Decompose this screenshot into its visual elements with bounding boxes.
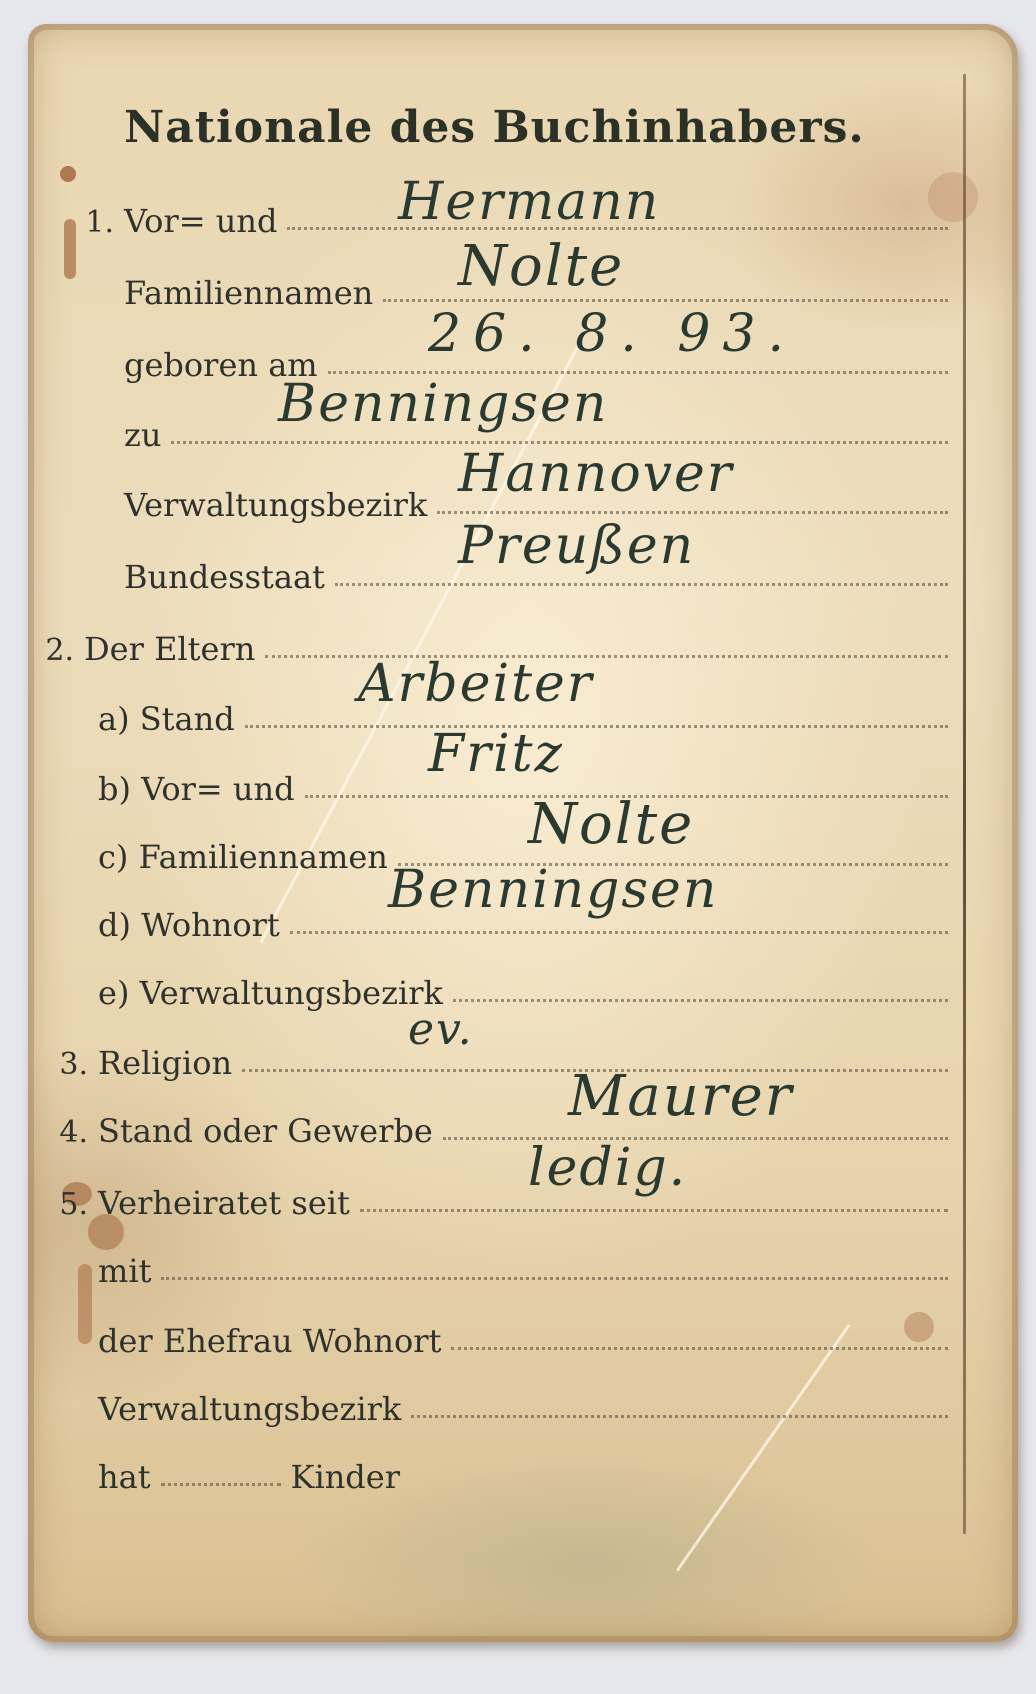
dotted-line — [411, 1415, 948, 1418]
handwritten-first-name: Hermann — [398, 172, 660, 232]
page-edge-fold — [963, 74, 966, 1534]
field-religion: 3. Religion — [42, 1044, 948, 1082]
field-label: Bundesstaat — [124, 558, 325, 596]
field-label: c) Familiennamen — [98, 838, 388, 876]
dotted-line — [453, 999, 948, 1002]
handwritten-district: Hannover — [458, 444, 734, 504]
field-label: Vor= und — [124, 202, 277, 240]
handwritten-birth-date: 26. 8. 93. — [428, 304, 796, 364]
dotted-line — [451, 1347, 948, 1350]
field-children: hat Kinder — [98, 1458, 458, 1496]
field-number: 4. — [42, 1115, 88, 1150]
dotted-line — [360, 1209, 948, 1212]
rust-stain — [60, 166, 76, 182]
field-label: hat — [98, 1458, 151, 1496]
field-number: 3. — [42, 1047, 88, 1082]
handwritten-occupation: Maurer — [568, 1064, 793, 1129]
field-number: 1. — [68, 205, 114, 240]
handwritten-parent-family-name: Nolte — [528, 792, 694, 857]
dotted-line — [161, 1277, 948, 1280]
handwritten-religion: ev. — [408, 1004, 474, 1055]
field-occupation: 4. Stand oder Gewerbe — [42, 1112, 948, 1150]
handwritten-parent-first-name: Fritz — [428, 724, 564, 784]
field-label: Familiennamen — [124, 274, 373, 312]
field-label: a) Stand — [98, 700, 235, 738]
field-wife-residence: der Ehefrau Wohnort — [42, 1322, 948, 1360]
document-page: Nationale des Buchinhabers. 1. Vor= und … — [28, 24, 1018, 1642]
handwritten-marital-status: ledig. — [528, 1138, 687, 1198]
dotted-line — [443, 1137, 948, 1140]
dotted-line — [245, 725, 948, 728]
dotted-line — [437, 511, 948, 514]
field-label: d) Wohnort — [98, 906, 280, 944]
dotted-line — [290, 931, 948, 934]
field-label: Verheiratet seit — [98, 1184, 350, 1222]
section-number: 2. — [28, 633, 74, 668]
paper-crease — [676, 1324, 851, 1571]
dotted-line — [161, 1483, 281, 1486]
field-label: Stand oder Gewerbe — [98, 1112, 433, 1150]
field-label: Religion — [98, 1044, 232, 1082]
field-label: Kinder — [291, 1458, 400, 1496]
field-married-since: 5. Verheiratet seit — [42, 1184, 948, 1222]
parent-district: e) Verwaltungsbezirk — [98, 974, 948, 1012]
field-label: e) Verwaltungsbezirk — [98, 974, 443, 1012]
field-label: Verwaltungsbezirk — [124, 486, 427, 524]
section-label: Der Eltern — [84, 630, 255, 668]
field-label: zu — [124, 416, 161, 454]
field-number: 5. — [42, 1187, 88, 1222]
handwritten-birth-place: Benningsen — [278, 374, 608, 434]
field-label: Verwaltungsbezirk — [98, 1390, 401, 1428]
handwritten-parent-status: Arbeiter — [358, 654, 594, 714]
handwritten-parent-residence: Benningsen — [388, 860, 718, 920]
dotted-line — [383, 299, 948, 302]
handwritten-federal-state: Preußen — [458, 516, 695, 576]
field-label: mit — [98, 1252, 151, 1290]
field-label: b) Vor= und — [98, 770, 295, 808]
field-label: der Ehefrau Wohnort — [98, 1322, 441, 1360]
field-wife-district: Verwaltungsbezirk — [42, 1390, 948, 1428]
page-title: Nationale des Buchinhabers. — [124, 102, 865, 153]
handwritten-family-name: Nolte — [458, 234, 624, 299]
dotted-line — [335, 583, 948, 586]
field-married-with: mit — [42, 1252, 948, 1290]
